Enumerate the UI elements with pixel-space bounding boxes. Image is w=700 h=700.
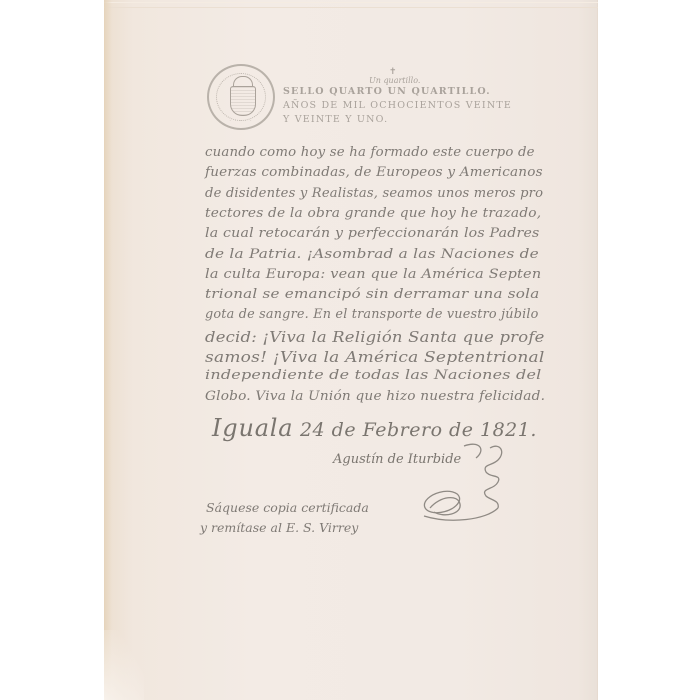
coat-of-arms-icon — [230, 86, 256, 116]
manuscript-line: fuerzas combinadas, de Europeos y Americ… — [205, 165, 543, 180]
stamp-denomination: Un quartillo. — [369, 76, 420, 85]
manuscript-line: tectores de la obra grande que hoy he tr… — [205, 206, 541, 221]
place-name: Iguala — [212, 414, 293, 442]
manuscript-line: la culta Europa: vean que la América Sep… — [205, 267, 541, 282]
manuscript-line: de la Patria. ¡Asombrad a las Naciones d… — [205, 247, 539, 262]
manuscript-line: trional se emancipó sin derramar una sol… — [205, 287, 539, 302]
manuscript-line: la cual retocarán y perfeccionarán los P… — [205, 226, 540, 241]
signature-rubric-icon — [420, 438, 540, 548]
manuscript-line: de disidentes y Realistas, seamos unos m… — [205, 186, 543, 201]
manuscript-line: gota de sangre. En el transporte de vues… — [205, 307, 539, 322]
page-top-edge — [104, 2, 598, 8]
note-line: Sáquese copia certificada — [206, 500, 369, 515]
manuscript-line: Globo. Viva la Unión que hizo nuestra fe… — [205, 389, 545, 404]
stamp-line: AÑOS DE MIL OCHOCIENTOS VEINTE — [283, 100, 512, 111]
note-line: y remítase al E. S. Virrey — [200, 520, 358, 535]
crown-icon — [233, 76, 253, 86]
manuscript-line: cuando como hoy se ha formado este cuerp… — [205, 145, 535, 160]
page-corner — [104, 630, 144, 700]
manuscript-line: samos! ¡Viva la América Septentrional — [205, 348, 545, 366]
seal-ring-text: · · · · · — [209, 118, 273, 124]
page-binding-edge — [104, 0, 112, 700]
manuscript-line: decid: ¡Viva la Religión Santa que profe — [205, 328, 545, 346]
royal-seal-icon: · · · · · — [207, 64, 275, 130]
stamp-line: Y VEINTE Y UNO. — [283, 114, 388, 125]
stamp-line: SELLO QUARTO UN QUARTILLO. — [283, 86, 491, 97]
manuscript-line: independiente de todas las Naciones del — [205, 368, 541, 383]
